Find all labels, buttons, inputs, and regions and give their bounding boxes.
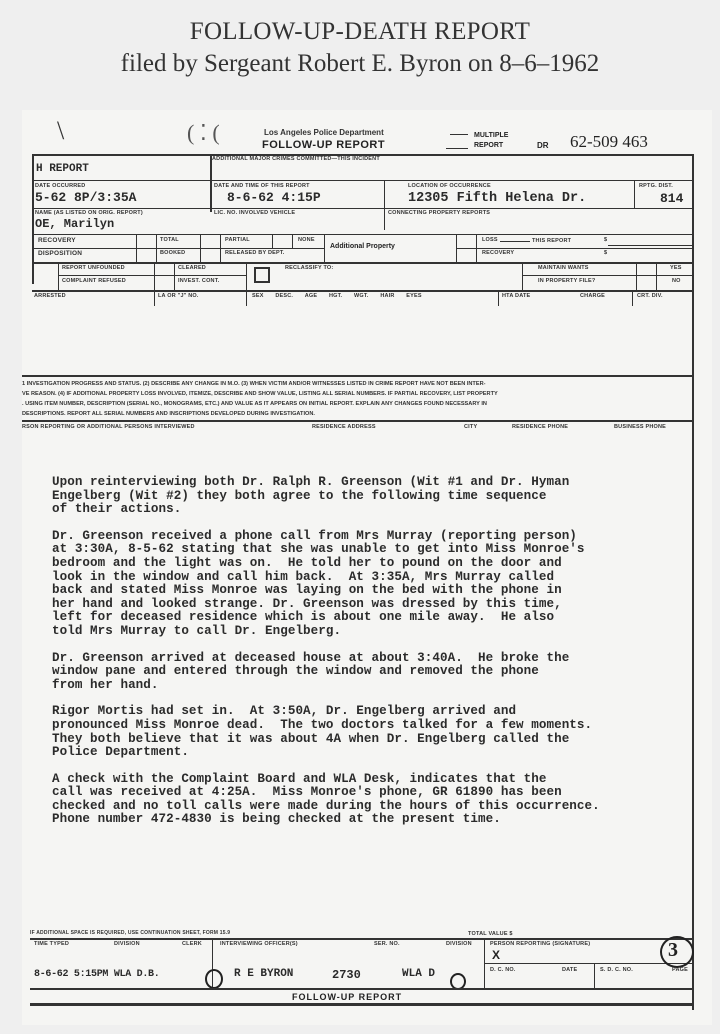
ser-no-label: SER. NO.: [374, 941, 400, 947]
maintain-wants-label-1: MAINTAIN WANTS: [538, 265, 589, 271]
released-label: RELEASED BY DEPT.: [225, 250, 285, 256]
partial-label: PARTIAL: [225, 237, 250, 243]
victim-label: NAME (as listed on orig. report): [35, 210, 143, 216]
page-number: 3: [668, 939, 678, 962]
interviewing-officer-label: INTERVIEWING OFFICER(S): [220, 941, 298, 947]
follow-up-report-form: \ ( ⁚ ( Los Angeles Police Department FO…: [22, 110, 712, 1025]
stray-mark: ( ⁚ (: [187, 120, 220, 146]
residence-address-label: RESIDENCE ADDRESS: [312, 424, 376, 430]
loss-label: LOSS: [482, 237, 498, 243]
clerk-initial-circle: [205, 969, 223, 989]
dollar-1: $: [604, 237, 607, 243]
maintain-wants-label-2: IN PROPERTY FILE?: [538, 278, 595, 284]
charge-label: CHARGE: [580, 293, 605, 299]
department-name: Los Angeles Police Department: [264, 128, 384, 137]
report-date-label: DATE AND TIME OF THIS REPORT: [214, 183, 310, 189]
officer-division: WLA D: [402, 968, 435, 980]
crime-type: H REPORT: [36, 163, 89, 175]
none-label: NONE: [298, 237, 315, 243]
rptg-dist-value: 814: [660, 191, 683, 206]
additional-property-label: Additional Property: [330, 243, 395, 250]
form-title: FOLLOW-UP REPORT: [262, 139, 385, 151]
this-report-label: THIS REPORT: [532, 238, 571, 244]
report-date-value: 8-6-62 4:15P: [227, 190, 321, 205]
narrative-paragraph: A check with the Complaint Board and WLA…: [52, 773, 692, 827]
narrative-paragraph: Upon reinterviewing both Dr. Ralph R. Gr…: [52, 476, 692, 517]
lic-label: LIC. NO. INVOLVED VEHICLE: [214, 210, 295, 216]
narrative-paragraph: Dr. Greenson arrived at deceased house a…: [52, 652, 692, 693]
la-no-label: LA OR "J" NO.: [158, 293, 199, 299]
division-label: DIVISION: [114, 941, 140, 947]
city-label: CITY: [464, 424, 477, 430]
caption-subtitle: filed by Sergeant Robert E. Byron on 8–6…: [0, 50, 720, 78]
multiple-report-label: MULTIPLE REPORT: [474, 131, 508, 151]
bottom-form-title: FOLLOW-UP REPORT: [292, 992, 402, 1002]
recovery-label: Recovery: [38, 237, 76, 244]
recovery2-label: RECOVERY: [482, 250, 514, 256]
invest-cont-label: INVEST. CONT.: [178, 278, 219, 284]
multiple-blank: [446, 148, 468, 149]
description-labels: SEX DESC. AGE HGT. WGT. HAIR EYES: [252, 293, 422, 299]
instructions-block: 1 INVESTIGATION PROGRESS AND STATUS. (2)…: [22, 379, 712, 419]
reclassify-label: RECLASSIFY TO:: [285, 265, 333, 271]
date-occurred-value: 5-62 8P/3:35A: [35, 190, 136, 205]
complaint-refused-label: COMPLAINT REFUSED: [62, 278, 126, 284]
stray-mark: \: [57, 116, 64, 146]
dollar-2: $: [604, 250, 607, 256]
total-value-label: TOTAL VALUE $: [468, 931, 513, 937]
location-value: 12305 Fifth Helena Dr.: [408, 191, 586, 206]
total-label: TOTAL: [160, 237, 179, 243]
connecting-label: CONNECTING PROPERTY REPORTS: [388, 210, 490, 216]
dc-no2-label: S. D. C. NO.: [600, 967, 633, 973]
narrative: Upon reinterviewing both Dr. Ralph R. Gr…: [52, 476, 692, 840]
multiple-dash: [450, 134, 468, 135]
person-reporting-label: PERSON REPORTING (SIGNATURE): [490, 941, 590, 947]
typed-info: 8-6-62 5:15PM WLA D.B.: [34, 969, 159, 980]
persons-interviewed-label: RSON REPORTING OR ADDITIONAL PERSONS INT…: [22, 424, 195, 430]
dr-label: DR: [537, 141, 549, 150]
additional-crimes-label: ADDITIONAL MAJOR CRIMES COMMITTED—THIS I…: [212, 156, 380, 162]
business-phone-label: BUSINESS PHONE: [614, 424, 666, 430]
narrative-paragraph: Dr. Greenson received a phone call from …: [52, 530, 692, 639]
date-label: DATE: [562, 967, 577, 973]
yes-label: YES: [670, 265, 682, 271]
date-occurred-label: DATE OCCURRED: [35, 183, 85, 189]
caption-title: FOLLOW-UP-DEATH REPORT: [0, 18, 720, 46]
report-unfounded-label: REPORT UNFOUNDED: [62, 265, 125, 271]
dc-no-label: D. C. NO.: [490, 967, 516, 973]
division2-label: DIVISION: [446, 941, 472, 947]
cleared-label: CLEARED: [178, 265, 206, 271]
rptg-dist-label: RPTG. DIST.: [639, 183, 673, 189]
hta-date-label: HTA DATE: [502, 293, 530, 299]
reclassify-checkbox[interactable]: [254, 267, 270, 283]
signature-mark: X: [492, 948, 500, 962]
continuation-note: If additional space is required, use Con…: [30, 930, 230, 936]
residence-phone-label: RESIDENCE PHONE: [512, 424, 568, 430]
arrested-label: ARRESTED: [34, 293, 66, 299]
crt-div-label: CRT. DIV.: [637, 293, 663, 299]
disposition-label: Disposition: [38, 250, 82, 257]
dr-number: 62-509 463: [570, 132, 648, 152]
booked-label: BOOKED: [160, 250, 185, 256]
officer-name: R E BYRON: [234, 968, 293, 980]
narrative-paragraph: Rigor Mortis had set in. At 3:50A, Dr. E…: [52, 705, 692, 759]
serial-number: 2730: [332, 968, 361, 982]
no-label: NO: [672, 278, 681, 284]
victim-value: OE, Marilyn: [35, 217, 114, 231]
location-label: LOCATION OF OCCURRENCE: [408, 183, 491, 189]
time-typed-label: TIME TYPED: [34, 941, 69, 947]
clerk-label: CLERK: [182, 941, 202, 947]
